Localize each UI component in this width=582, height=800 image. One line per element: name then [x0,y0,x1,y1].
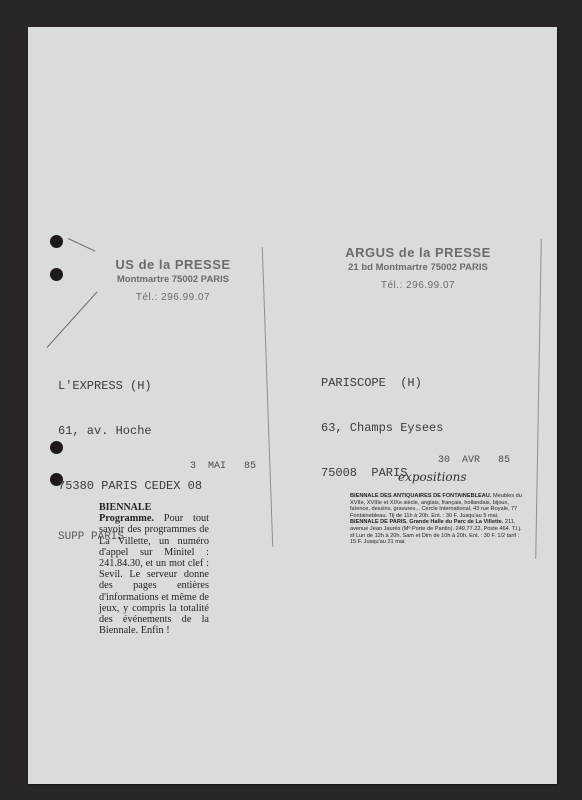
publication-name: L'EXPRESS (H) [58,379,202,394]
publication-address: PARISCOPE (H) 63, Champs Eysees 75008 PA… [321,346,443,511]
listing-title: BIENNALE DE PARIS. Grande Halle du Parc … [350,519,503,525]
handwritten-note: expositions [398,470,467,484]
clipping-edge [262,247,273,547]
argus-stamp: ARGUS de la PRESSE 21 bd Montmartre 7500… [328,245,508,291]
clipping-date: 30 AVR 85 [438,455,510,466]
document-page: US de la PRESSE Montmartre 75002 PARIS T… [28,27,557,784]
argus-stamp: US de la PRESSE Montmartre 75002 PARIS T… [88,257,258,303]
listing-item: BIENNALE DES ANTIQUAIRES DE FONTAINEBLEA… [350,493,523,519]
punch-hole [50,268,63,281]
article-clipping: BIENNALE Programme. Pour tout savoir des… [99,502,209,636]
publication-city: 75380 PARIS CEDEX 08 [58,479,202,494]
stamp-address: Montmartre 75002 PARIS [88,274,258,285]
stamp-phone: Tél.: 296.99.07 [328,280,508,291]
publication-name: PARISCOPE (H) [321,376,443,391]
clipping-edge [535,239,542,559]
article-body: Pour tout savoir des programmes de La Vi… [99,513,209,636]
clipping-date: 3 MAI 85 [190,461,256,472]
stamp-agency: ARGUS de la PRESSE [328,245,508,260]
publication-street: 63, Champs Eysees [321,421,443,436]
listing-title: BIENNALE DES ANTIQUAIRES DE FONTAINEBLEA… [350,493,491,499]
punch-hole [50,235,63,248]
stamp-agency: US de la PRESSE [88,257,258,272]
article-heading: BIENNALE [99,502,209,513]
listing-item: BIENNALE DE PARIS. Grande Halle du Parc … [350,519,523,545]
stamp-phone: Tél.: 296.99.07 [88,292,258,303]
stamp-address: 21 bd Montmartre 75002 PARIS [328,262,508,273]
pen-stroke [68,238,96,252]
article-keyword: Programme. [99,513,154,524]
exhibition-listings: BIENNALE DES ANTIQUAIRES DE FONTAINEBLEA… [350,493,523,546]
publication-street: 61, av. Hoche [58,424,202,439]
